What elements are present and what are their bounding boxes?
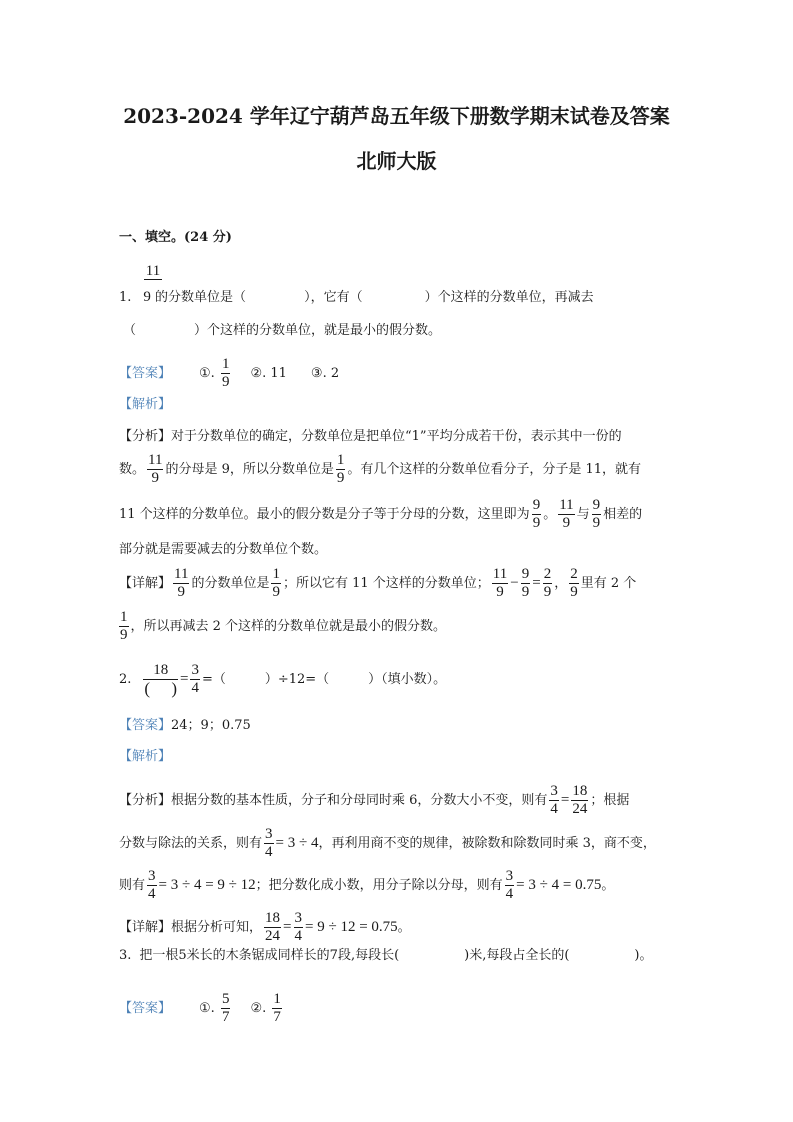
q1-number: 1. bbox=[119, 290, 131, 305]
q3-answer-2: ②. bbox=[250, 1001, 266, 1016]
t: 11 个这样的分数单位。最小的假分数是分子等于分母的分数，这里即为 bbox=[119, 507, 530, 522]
den: 7 bbox=[272, 1009, 282, 1026]
t: 里有 2 个 bbox=[581, 576, 637, 591]
frac-11-9: 119 bbox=[147, 452, 163, 487]
fenxi-label: 【分析】 bbox=[119, 429, 171, 444]
answer-label: 【答案】 bbox=[119, 718, 171, 733]
t: − bbox=[510, 575, 518, 591]
den: 9 bbox=[532, 515, 542, 532]
num: 18 bbox=[571, 783, 588, 801]
q1-text-a: 的分数单位是（ bbox=[155, 290, 246, 305]
num: 18 bbox=[143, 662, 178, 680]
q3-answer-fraction-1: 57 bbox=[221, 991, 231, 1026]
num: 11 bbox=[492, 566, 508, 584]
num: 3 bbox=[264, 826, 274, 844]
t: 分数与除法的关系，则有 bbox=[119, 836, 262, 851]
den: 9 bbox=[543, 584, 553, 601]
num: 2 bbox=[543, 566, 553, 584]
num: 9 bbox=[521, 566, 531, 584]
q2-number: 2. bbox=[119, 672, 131, 687]
q2-fraction-blank: 18( ) bbox=[143, 662, 178, 697]
answer-label: 【答案】 bbox=[119, 366, 171, 381]
num: 3 bbox=[549, 783, 559, 801]
t: ；所以它有 11 个这样的分数单位； bbox=[283, 576, 490, 591]
t: 相差的 bbox=[603, 507, 642, 522]
q1-text-b: ），它有（ bbox=[304, 290, 363, 305]
frac-1-9: 19 bbox=[271, 566, 281, 601]
frac-3-4: 34 bbox=[147, 868, 157, 903]
den: 4 bbox=[505, 886, 515, 903]
q1-answer: 【答案】①. 19②. 11③. 2 bbox=[119, 356, 339, 391]
num: 3 bbox=[190, 662, 200, 680]
t: ，所以再减去 2 个这样的分数单位就是最小的假分数。 bbox=[131, 619, 447, 634]
den: 9 bbox=[569, 584, 579, 601]
num: 11 bbox=[558, 497, 574, 515]
q1-analysis-line1: 【分析】对于分数单位的确定，分数单位是把单位“1”平均分成若干份，表示其中一份的 bbox=[119, 428, 622, 446]
jiexi-label: 【解析】 bbox=[119, 396, 171, 414]
den: 9 bbox=[221, 374, 231, 391]
den: 24 bbox=[571, 801, 588, 818]
t: 则有 bbox=[119, 878, 145, 893]
num: 5 bbox=[221, 991, 231, 1009]
q3-line: 3.把一根5米长的木条锯成同样长的7段,每段长( )米,每段占全长的( )。 bbox=[119, 947, 653, 965]
t: 。 bbox=[543, 507, 556, 522]
num: 3 bbox=[147, 868, 157, 886]
q1-detail-line1: 【详解】119的分数单位是19；所以它有 11 个这样的分数单位；119−99=… bbox=[119, 566, 636, 601]
t: 。 bbox=[398, 920, 411, 935]
page-subtitle: 北师大版 bbox=[0, 145, 793, 174]
frac-9-9: 99 bbox=[592, 497, 602, 532]
num: 1 bbox=[272, 991, 282, 1009]
frac-2-9: 29 bbox=[569, 566, 579, 601]
den: 7 bbox=[221, 1009, 231, 1026]
den: 9 bbox=[492, 584, 508, 601]
jiexi-label: 【解析】 bbox=[119, 748, 171, 766]
q2-analysis-line1: 【分析】根据分数的基本性质，分子和分母同时乘 6，分数大小不变，则有34=182… bbox=[119, 783, 629, 818]
t: = 3 ÷ 4 = 0.75 bbox=[516, 877, 601, 893]
den: 4 bbox=[147, 886, 157, 903]
num: 1 bbox=[119, 609, 129, 627]
q3-number: 3. bbox=[119, 948, 131, 963]
frac-1-9: 19 bbox=[336, 452, 346, 487]
t: 。 bbox=[601, 878, 614, 893]
frac-1-9: 19 bbox=[119, 609, 129, 644]
t: ，再利用商不变的规律，被除数和除数同时乘 3，商不变， bbox=[318, 836, 655, 851]
num: 1 bbox=[271, 566, 281, 584]
frac-3-4: 34 bbox=[549, 783, 559, 818]
t: = 9 ÷ 12 = 0.75 bbox=[305, 919, 398, 935]
frac-11-9: 119 bbox=[558, 497, 574, 532]
q1-answer-fraction: 19 bbox=[221, 356, 231, 391]
q1-answer-1: ①. bbox=[199, 366, 215, 381]
frac-3-4: 34 bbox=[294, 910, 304, 945]
t: 根据分析可知， bbox=[171, 920, 262, 935]
den: 9 bbox=[271, 584, 281, 601]
q1-answer-2: ②. 11 bbox=[250, 366, 286, 381]
frac-3-4: 34 bbox=[264, 826, 274, 861]
t: = bbox=[180, 671, 188, 687]
t: = 3 ÷ 4 bbox=[276, 835, 319, 851]
q1-answer-3: ③. 2 bbox=[311, 366, 339, 381]
q1-fraction: 11 bbox=[144, 263, 162, 280]
q2-answer-value: 24；9；0.75 bbox=[171, 718, 251, 733]
num: 9 bbox=[592, 497, 602, 515]
num: 3 bbox=[294, 910, 304, 928]
q1-fraction-den: 9 bbox=[143, 289, 151, 305]
num: 18 bbox=[264, 910, 281, 928]
q1-analysis-text: 对于分数单位的确定，分数单位是把单位“1”平均分成若干份，表示其中一份的 bbox=[171, 429, 622, 444]
den: 9 bbox=[521, 584, 531, 601]
t: 的分母是 9，所以分数单位是 bbox=[165, 462, 333, 477]
section-heading: 一、填空。(24 分) bbox=[119, 229, 232, 247]
q3-answer-fraction-2: 17 bbox=[272, 991, 282, 1026]
q2-answer: 【答案】24；9；0.75 bbox=[119, 717, 251, 735]
t: 根据分数的基本性质，分子和分母同时乘 6，分数大小不变，则有 bbox=[171, 793, 547, 808]
q2-line: 2.18( )=34=（ ）÷12=（ ）（填小数）。 bbox=[119, 662, 446, 697]
t: ， bbox=[554, 576, 567, 591]
frac-18-24: 1824 bbox=[571, 783, 588, 818]
frac-18-24: 1824 bbox=[264, 910, 281, 945]
answer-label: 【答案】 bbox=[119, 1001, 171, 1016]
den: 9 bbox=[119, 627, 129, 644]
q2-analysis-line2: 分数与除法的关系，则有34= 3 ÷ 4，再利用商不变的规律，被除数和除数同时乘… bbox=[119, 826, 656, 861]
den: 24 bbox=[264, 928, 281, 945]
t: 与 bbox=[577, 507, 590, 522]
q1-text-e: ）个这样的分数单位，就是最小的假分数。 bbox=[194, 323, 441, 338]
t: = 3 ÷ 4 = 9 ÷ 12 bbox=[159, 877, 256, 893]
den: 9 bbox=[558, 515, 574, 532]
num: 9 bbox=[532, 497, 542, 515]
q2-analysis-line3: 则有34= 3 ÷ 4 = 9 ÷ 12；把分数化成小数，用分子除以分母，则有3… bbox=[119, 868, 614, 903]
den: 9 bbox=[592, 515, 602, 532]
q2-fraction-3-4: 34 bbox=[190, 662, 200, 697]
q1-line2: （）个这样的分数单位，就是最小的假分数。 bbox=[123, 322, 441, 340]
q1-analysis-line3: 11 个这样的分数单位。最小的假分数是分子等于分母的分数，这里即为99。119与… bbox=[119, 497, 642, 532]
frac-11-9: 119 bbox=[173, 566, 189, 601]
xiangjie-label: 【详解】 bbox=[119, 920, 171, 935]
q1-text-d: （ bbox=[123, 323, 136, 338]
den: 4 bbox=[190, 680, 200, 697]
num: 2 bbox=[569, 566, 579, 584]
t: 的分数单位是 bbox=[191, 576, 269, 591]
num: 1 bbox=[221, 356, 231, 374]
den: 9 bbox=[173, 584, 189, 601]
den: 9 bbox=[336, 470, 346, 487]
t: ；根据 bbox=[590, 793, 629, 808]
q1-text-c: ）个这样的分数单位，再减去 bbox=[425, 290, 594, 305]
t: = bbox=[532, 575, 540, 591]
q3-answer: 【答案】①. 57②. 17 bbox=[119, 991, 284, 1026]
q1-fraction-num: 11 bbox=[144, 263, 162, 280]
num: 1 bbox=[336, 452, 346, 470]
frac-3-4: 34 bbox=[505, 868, 515, 903]
num: 11 bbox=[147, 452, 163, 470]
q1-analysis-line2: 数。119的分母是 9，所以分数单位是19。有几个这样的分数单位看分子，分子是 … bbox=[119, 452, 641, 487]
den: 4 bbox=[264, 844, 274, 861]
frac-11-9: 119 bbox=[492, 566, 508, 601]
num: 11 bbox=[173, 566, 189, 584]
den: 4 bbox=[294, 928, 304, 945]
q3-answer-1: ①. bbox=[199, 1001, 215, 1016]
frac-9-9: 99 bbox=[532, 497, 542, 532]
q3-text: 把一根5米长的木条锯成同样长的7段,每段长( )米,每段占全长的( )。 bbox=[139, 948, 652, 963]
den: 4 bbox=[549, 801, 559, 818]
num: 3 bbox=[505, 868, 515, 886]
q2-text: =（ ）÷12=（ ）（填小数）。 bbox=[202, 672, 446, 687]
t: ；把分数化成小数，用分子除以分母，则有 bbox=[256, 878, 503, 893]
xiangjie-label: 【详解】 bbox=[119, 576, 171, 591]
frac-2-9: 29 bbox=[543, 566, 553, 601]
fenxi-label: 【分析】 bbox=[119, 793, 171, 808]
den: 9 bbox=[147, 470, 163, 487]
q2-detail: 【详解】根据分析可知，1824=34= 9 ÷ 12 = 0.75。 bbox=[119, 910, 411, 945]
frac-9-9: 99 bbox=[521, 566, 531, 601]
page-title: 2023-2024 学年辽宁葫芦岛五年级下册数学期末试卷及答案 bbox=[0, 100, 793, 129]
q1-analysis-line4: 部分就是需要减去的分数单位个数。 bbox=[119, 541, 327, 559]
q1-detail-line2: 19，所以再减去 2 个这样的分数单位就是最小的假分数。 bbox=[119, 609, 446, 644]
t: 。有几个这样的分数单位看分子，分子是 11，就有 bbox=[347, 462, 641, 477]
den: ( ) bbox=[143, 680, 178, 697]
t: 数。 bbox=[119, 462, 145, 477]
q1-line1: 1.9 的分数单位是（），它有（）个这样的分数单位，再减去 bbox=[119, 288, 594, 307]
